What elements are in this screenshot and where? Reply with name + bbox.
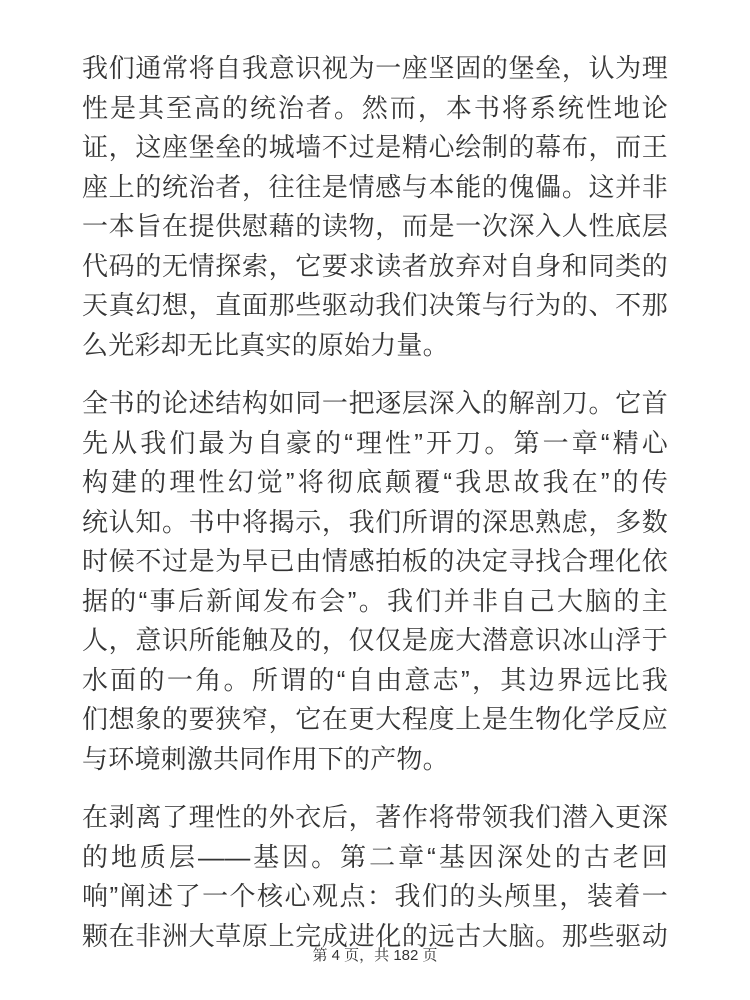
text-line: 统认知。书中将揭示，我们所谓的深思熟虑，多数 (82, 503, 668, 543)
document-text: 我们通常将自我意识视为一座坚固的堡垒，认为理性是其至高的统治者。然而，本书将系统… (82, 49, 668, 975)
text-line: 在剥离了理性的外衣后，著作将带领我们潜入更深 (82, 798, 668, 838)
text-line: 据的“事后新闻发布会”。我们并非自己大脑的主 (82, 582, 668, 622)
text-line: 构建的理性幻觉”将彻底颠覆“我思故我在”的传 (82, 463, 668, 503)
text-line: 们想象的要狭窄，它在更大程度上是生物化学反应 (82, 700, 668, 740)
text-line: 先从我们最为自豪的“理性”开刀。第一章“精心 (82, 424, 668, 464)
text-line: 代码的无情探索，它要求读者放弃对自身和同类的 (82, 247, 668, 287)
text-line: 时候不过是为早已由情感拍板的决定寻找合理化依 (82, 542, 668, 582)
text-line: 么光彩却无比真实的原始力量。 (82, 326, 668, 366)
text-line: 证，这座堡垒的城墙不过是精心绘制的幕布，而王 (82, 128, 668, 168)
paragraph: 全书的论述结构如同一把逐层深入的解剖刀。它首先从我们最为自豪的“理性”开刀。第一… (82, 384, 668, 779)
text-line: 性是其至高的统治者。然而，本书将系统性地论 (82, 89, 668, 129)
text-line: 水面的一角。所谓的“自由意志”，其边界远比我 (82, 661, 668, 701)
text-line: 的地质层——基因。第二章“基因深处的古老回 (82, 838, 668, 878)
text-line: 座上的统治者，往往是情感与本能的傀儡。这并非 (82, 168, 668, 208)
text-line: 我们通常将自我意识视为一座坚固的堡垒，认为理 (82, 49, 668, 89)
text-line: 一本旨在提供慰藉的读物，而是一次深入人性底层 (82, 207, 668, 247)
page-number-footer: 第 4 页，共 182 页 (0, 947, 750, 965)
text-line: 全书的论述结构如同一把逐层深入的解剖刀。它首 (82, 384, 668, 424)
text-line: 天真幻想，直面那些驱动我们决策与行为的、不那 (82, 286, 668, 326)
paragraph: 在剥离了理性的外衣后，著作将带领我们潜入更深的地质层——基因。第二章“基因深处的… (82, 798, 668, 956)
paragraph: 我们通常将自我意识视为一座坚固的堡垒，认为理性是其至高的统治者。然而，本书将系统… (82, 49, 668, 365)
text-line: 响”阐述了一个核心观点：我们的头颅里，装着一 (82, 877, 668, 917)
text-line: 与环境刺激共同作用下的产物。 (82, 740, 668, 780)
text-line: 人，意识所能触及的，仅仅是庞大潜意识冰山浮于 (82, 621, 668, 661)
